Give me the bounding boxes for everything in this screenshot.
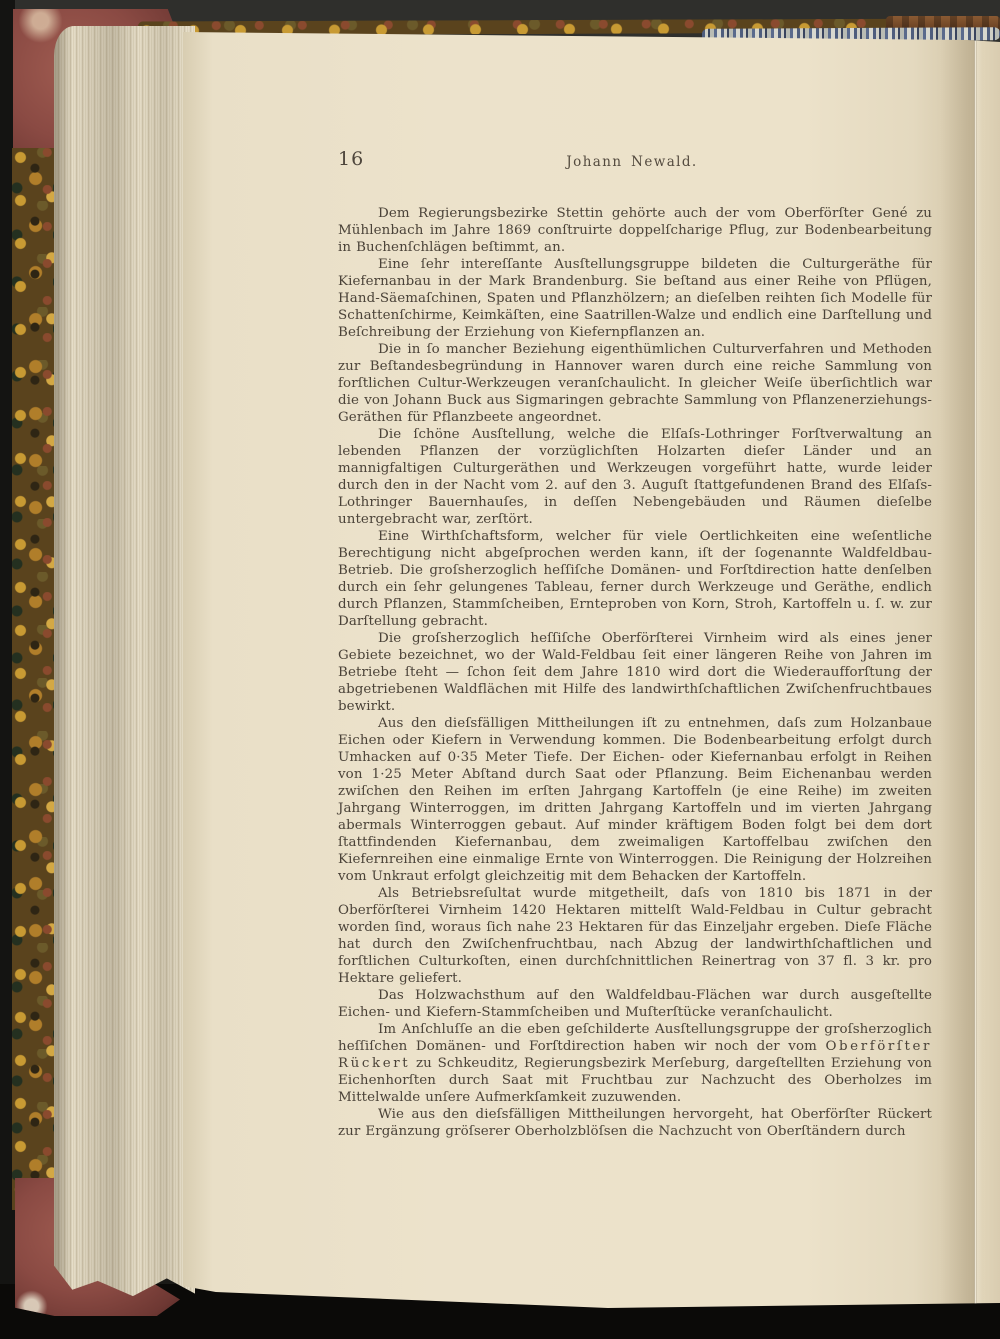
text-segment: Aus den dieſsfälligen Mittheilungen iſt … [338, 716, 932, 884]
paragraph: Eine ſehr intereſſante Ausſtellungsgrupp… [338, 256, 932, 341]
paragraph: Dem Regierungsbezirke Stettin gehörte au… [338, 205, 932, 256]
text-segment: Die in ſo mancher Beziehung eigenthümlic… [338, 342, 932, 425]
text-segment: Eine Wirthſchaftsform, welcher für viele… [338, 529, 932, 629]
text-segment: Dem Regierungsbezirke Stettin gehörte au… [338, 206, 932, 255]
paragraph: Im Anſchluſſe an die eben geſchilderte A… [338, 1021, 932, 1106]
text-segment: Die groſsherzoglich heſſiſche Oberförſte… [338, 631, 932, 714]
text-segment: Die ſchöne Ausſtellung, welche die Elſaſ… [338, 427, 932, 527]
marbled-endpaper-strip [12, 148, 58, 1210]
paragraphs: Dem Regierungsbezirke Stettin gehörte au… [338, 205, 932, 1140]
text-block: 16 Johann Newald. Dem Regierungsbezirke … [338, 148, 932, 1140]
paragraph: Die ſchöne Ausſtellung, welche die Elſaſ… [338, 426, 932, 528]
paragraph: Die in ſo mancher Beziehung eigenthümlic… [338, 341, 932, 426]
text-segment: Wie aus den dieſsfälligen Mittheilungen … [338, 1107, 932, 1139]
running-header: Johann Newald. [338, 154, 926, 170]
page-header: 16 Johann Newald. [338, 148, 932, 182]
book-page: 16 Johann Newald. Dem Regierungsbezirke … [183, 24, 1000, 1308]
paragraph: Eine Wirthſchaftsform, welcher für viele… [338, 528, 932, 630]
text-segment: zu Schkeuditz, Regierungsbezirk Merſebur… [338, 1056, 932, 1105]
text-segment: Das Holzwachsthum auf den Waldfeldbau-Fl… [338, 988, 932, 1020]
page-fore-edge-stack [54, 26, 195, 1300]
paragraph: Die groſsherzoglich heſſiſche Oberförſte… [338, 630, 932, 715]
paragraph: Als Betriebsreſultat wurde mitgetheilt, … [338, 885, 932, 987]
gutter-crease [974, 24, 977, 1308]
paragraph: Das Holzwachsthum auf den Waldfeldbau-Fl… [338, 987, 932, 1021]
text-segment: Als Betriebsreſultat wurde mitgetheilt, … [338, 886, 932, 986]
paragraph: Wie aus den dieſsfälligen Mittheilungen … [338, 1106, 932, 1140]
text-segment: Eine ſehr intereſſante Ausſtellungsgrupp… [338, 257, 932, 340]
book-scan: 16 Johann Newald. Dem Regierungsbezirke … [0, 0, 1000, 1339]
gutter-shadow [940, 24, 984, 1308]
paragraph: Aus den dieſsfälligen Mittheilungen iſt … [338, 715, 932, 885]
